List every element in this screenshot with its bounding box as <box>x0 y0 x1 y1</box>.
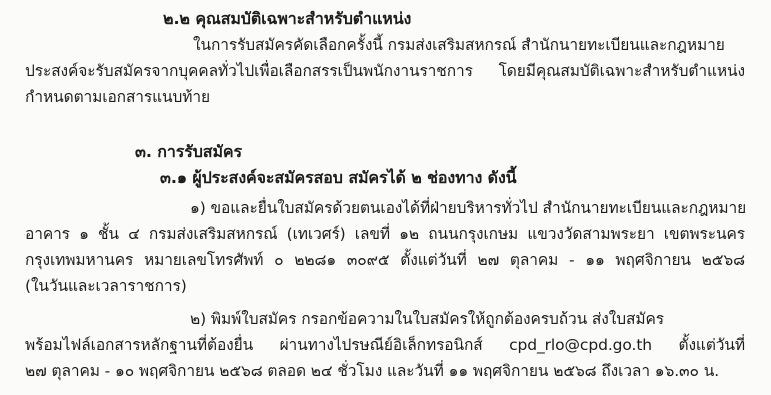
item-1-line-1: ๑) ขอและยื่นใบสมัครด้วยตนเองได้ที่ฝ่ายบร… <box>190 197 746 219</box>
section-3-heading: ๓. การรับสมัคร <box>135 141 242 163</box>
item-2-line-1: ๒) พิมพ์ใบสมัคร กรอกข้อความในใบสมัครให้ถ… <box>190 308 664 330</box>
item-2-line-3: ๒๗ ตุลาคม - ๑๐ พฤศจิกายน ๒๕๖๘ ตลอด ๒๔ ชั… <box>25 360 719 382</box>
document-page: ๒.๒ คุณสมบัติเฉพาะสำหรับตำแหน่ง ในการรับ… <box>0 0 771 395</box>
section-2-2-paragraph-line-1: ในการรับสมัครคัดเลือกครั้งนี้ กรมส่งเสริ… <box>193 34 725 56</box>
item-2-line-2: พร้อมไฟล์เอกสารหลักฐานที่ต้องยื่น ผ่านทา… <box>25 334 745 356</box>
item-1-line-4: (ในวันและเวลาราชการ) <box>25 275 187 297</box>
item-1-line-2: อาคาร ๑ ชั้น ๔ กรมส่งเสริมสหกรณ์ (เทเวศร… <box>25 223 745 245</box>
item-1-line-3: กรุงเทพมหานคร หมายเลขโทรศัพท์ ๐ ๒๒๘๑ ๓๐๙… <box>25 249 745 271</box>
section-3-1-heading: ๓.๑ ผู้ประสงค์จะสมัครสอบ สมัครได้ ๒ ช่อง… <box>160 167 517 189</box>
section-2-2-heading: ๒.๒ คุณสมบัติเฉพาะสำหรับตำแหน่ง <box>163 8 411 30</box>
section-2-2-paragraph-line-2: ประสงค์จะรับสมัครจากบุคคลทั่วไปเพื่อเลือ… <box>25 60 745 82</box>
section-2-2-paragraph-line-3: กำหนดตามเอกสารแนบท้าย <box>25 86 210 108</box>
